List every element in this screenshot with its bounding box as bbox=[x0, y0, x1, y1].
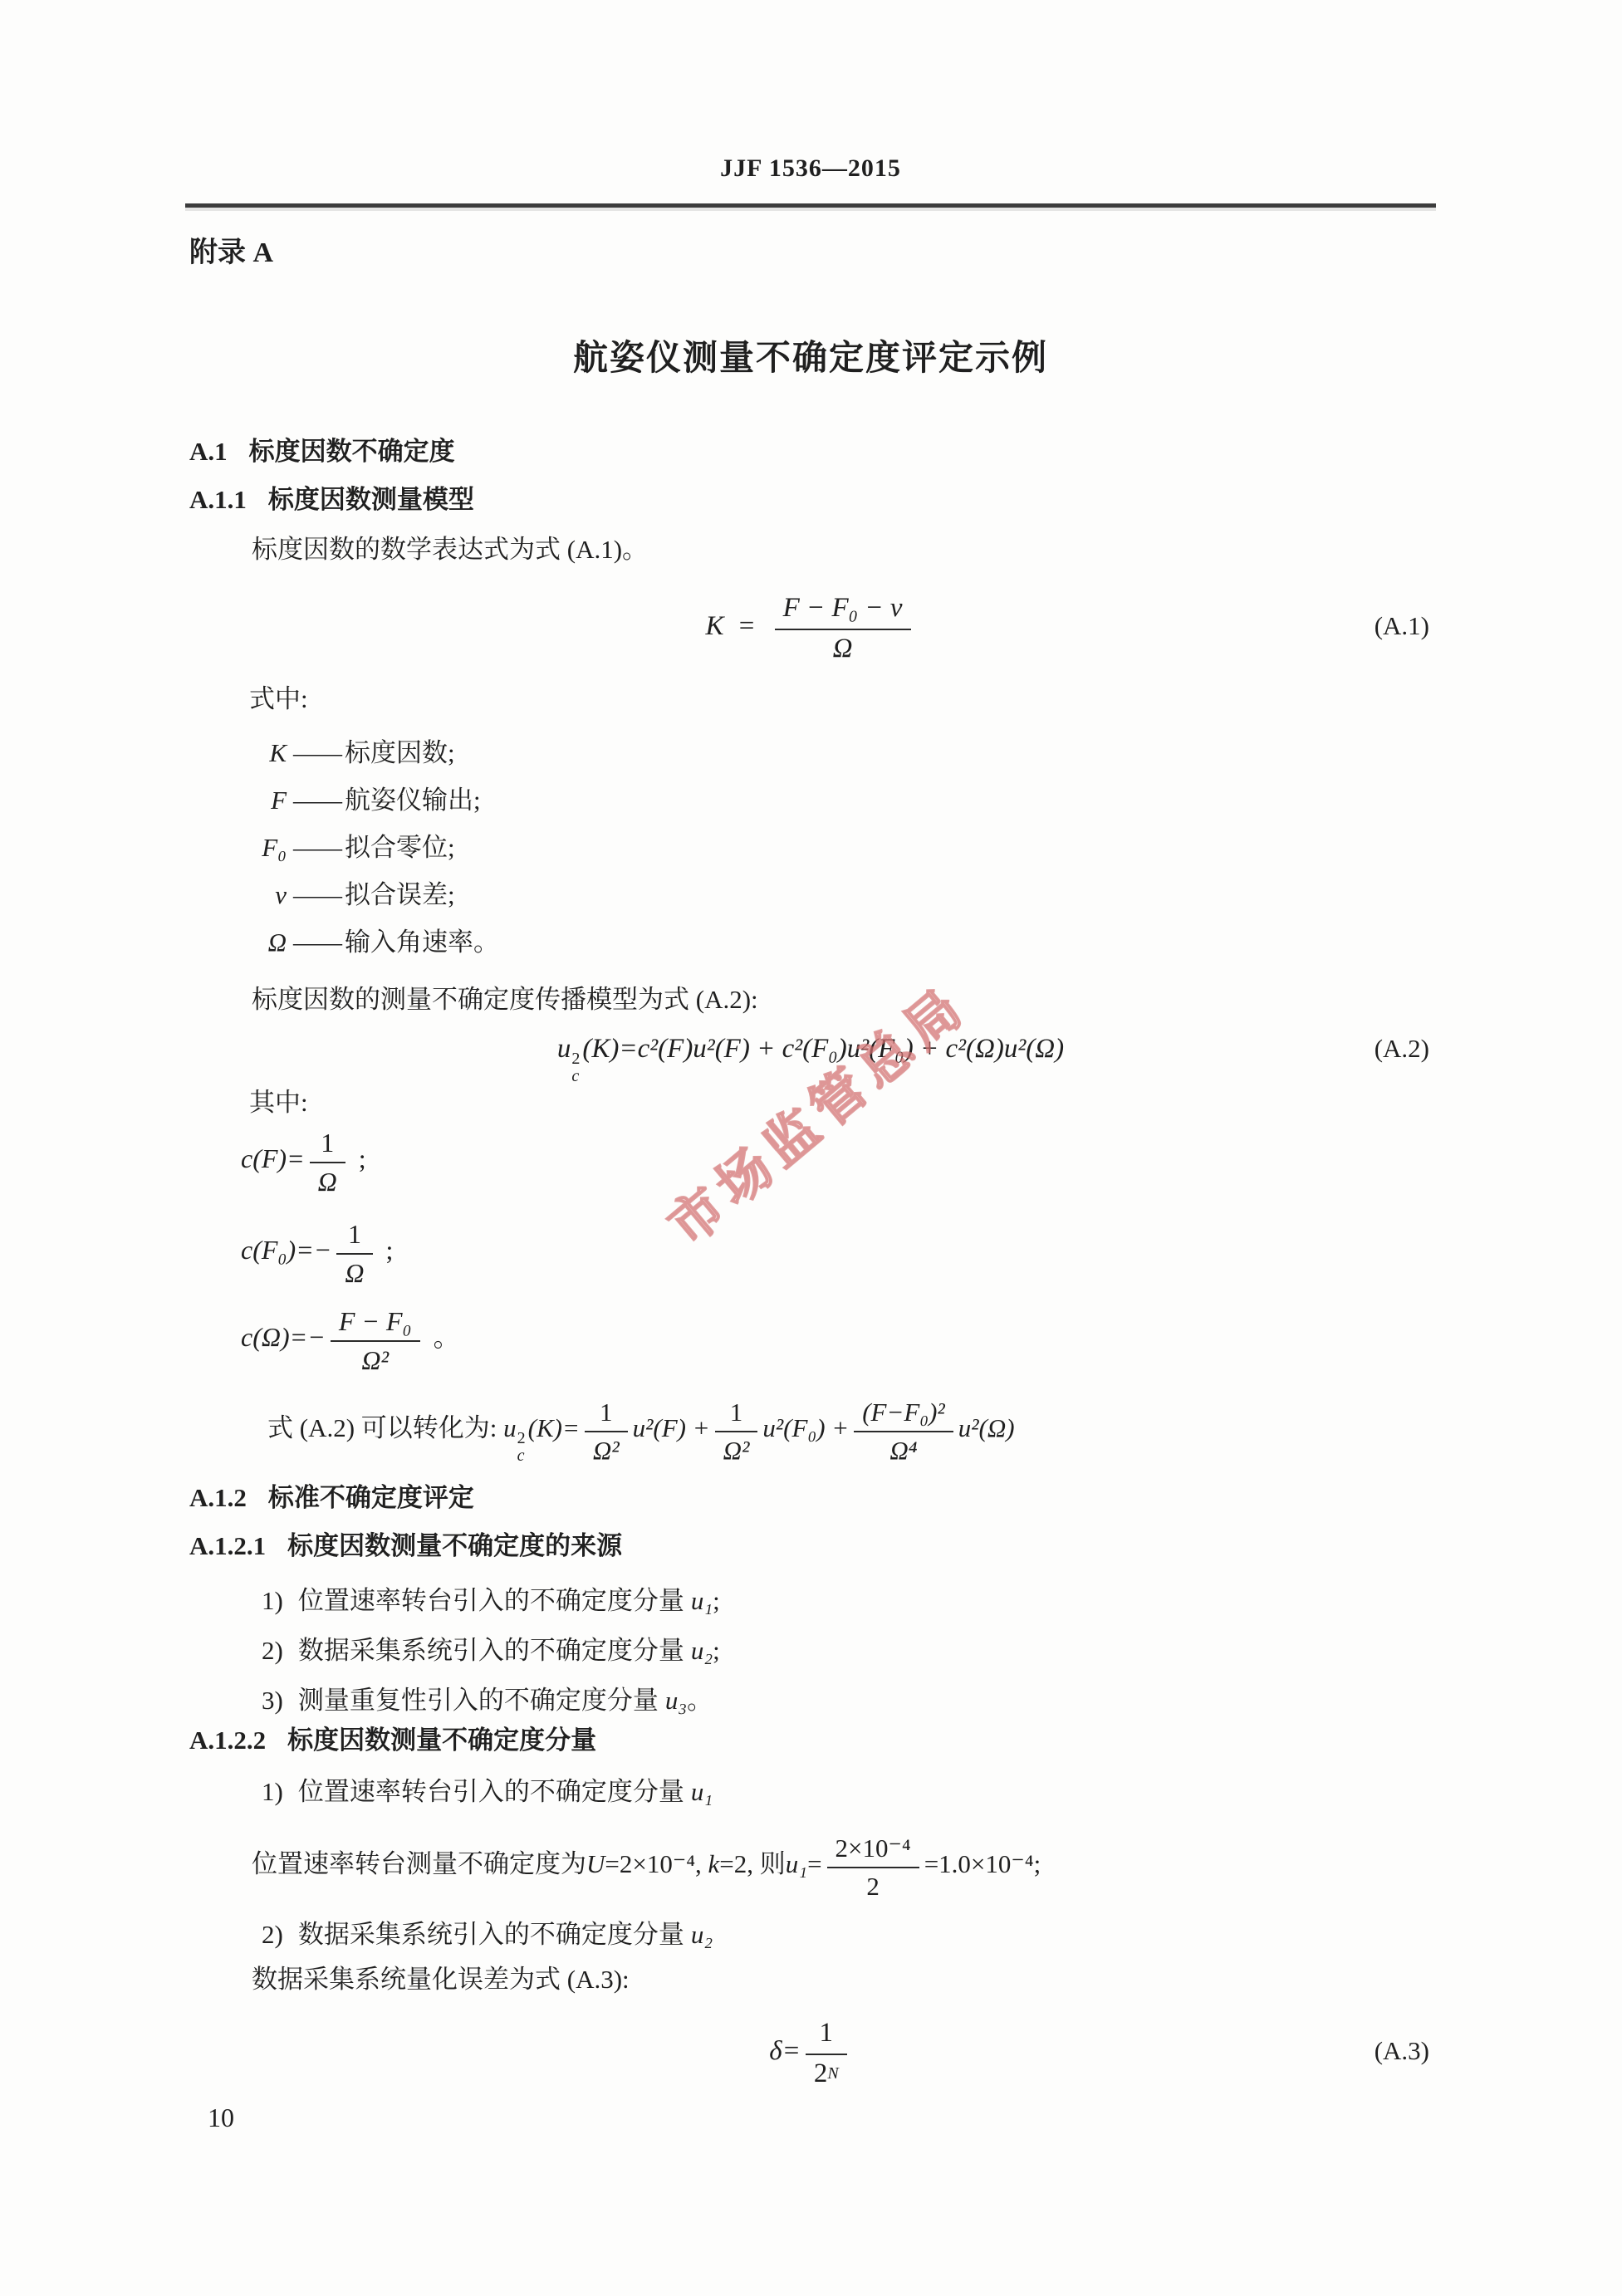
definition-row: K —— 标度因数; bbox=[185, 729, 499, 776]
source-item-1: 1)位置速率转台引入的不确定度分量u₁; bbox=[262, 1583, 720, 1619]
section-title: 标准不确定度评定 bbox=[268, 1483, 474, 1512]
calc-prefix: 位置速率转台测量不确定度为 bbox=[252, 1849, 586, 1878]
coef-cf-lhs: c(F)= bbox=[241, 1143, 305, 1173]
section-title: 标度因数测量不确定度分量 bbox=[287, 1726, 596, 1755]
eq-a1-fraction: F − F₀ − v Ω bbox=[775, 590, 911, 665]
coef-cf-tail: ; bbox=[359, 1143, 366, 1173]
calc-frac-num: 2×10⁻⁴ bbox=[827, 1831, 919, 1868]
transform-term3: u²(Ω) bbox=[958, 1413, 1015, 1442]
item-text: 位置速率转台引入的不确定度分量 bbox=[298, 1777, 684, 1806]
eq-a1-label: (A.1) bbox=[1375, 611, 1429, 641]
definition-description: 标度因数; bbox=[345, 729, 455, 776]
transform-frac1-den: Ω² bbox=[585, 1432, 628, 1466]
section-heading-a12: A.1.2标准不确定度评定 bbox=[189, 1480, 474, 1516]
coef-cf-fraction: 1Ω bbox=[310, 1125, 345, 1198]
definition-description: 拟合零位; bbox=[345, 824, 455, 871]
item-number: 1) bbox=[262, 1777, 283, 1806]
symbol-definitions: K —— 标度因数; F —— 航姿仪输出; F₀ —— 拟合零位; v —— … bbox=[185, 729, 499, 966]
transform-frac1: 1Ω² bbox=[585, 1395, 628, 1466]
transform-supsub: 2c bbox=[517, 1430, 526, 1465]
item-text: 数据采集系统引入的不确定度分量 bbox=[298, 1920, 684, 1949]
calc-u1: u₁ bbox=[786, 1849, 807, 1878]
definition-description: 拟合误差; bbox=[345, 871, 455, 918]
item-symbol: u₁ bbox=[691, 1586, 713, 1615]
coef-cf-numerator: 1 bbox=[310, 1125, 345, 1163]
section-heading-a11: A.1.1标度因数测量模型 bbox=[189, 482, 474, 518]
eq-a3-lhs: δ= bbox=[769, 2036, 801, 2066]
item-symbol: u₂ bbox=[691, 1920, 713, 1949]
eq-a2-sup: 2 bbox=[571, 1050, 580, 1068]
item-number: 2) bbox=[262, 1636, 283, 1665]
definition-row: Ω —— 输入角速率。 bbox=[185, 918, 499, 966]
transform-term1: u²(F) + bbox=[633, 1413, 710, 1442]
coef-cf0-numerator: 1 bbox=[336, 1217, 372, 1255]
page-number: 10 bbox=[208, 2103, 234, 2133]
header-rule bbox=[185, 203, 1436, 208]
transform-frac3: (F−F₀)²Ω⁴ bbox=[854, 1395, 953, 1466]
coef-cf0-tail: ; bbox=[386, 1235, 394, 1265]
source-item-3: 3)测量重复性引入的不确定度分量u₃。 bbox=[262, 1682, 713, 1719]
calc-equals: = bbox=[807, 1849, 821, 1878]
eq-a1-equals: = bbox=[739, 611, 755, 641]
definition-row: F₀ —— 拟合零位; bbox=[185, 824, 499, 871]
section-title: 标度因数测量不确定度的来源 bbox=[287, 1531, 622, 1560]
item-text: 数据采集系统引入的不确定度分量 bbox=[298, 1636, 684, 1665]
eq-a1-lhs: K bbox=[705, 611, 723, 641]
coef-cf0-denominator: Ω bbox=[336, 1255, 372, 1289]
eq-a3-numerator: 1 bbox=[806, 2015, 847, 2055]
transform-frac3-den: Ω⁴ bbox=[854, 1432, 953, 1466]
transform-frac2: 1Ω² bbox=[715, 1395, 758, 1466]
component-item-2: 2)数据采集系统引入的不确定度分量u₂ bbox=[262, 1917, 713, 1953]
item-number: 3) bbox=[262, 1686, 283, 1715]
eq-a3-fraction: 12N bbox=[806, 2015, 847, 2090]
coefficient-cf0: c(F₀)=−1Ω; bbox=[241, 1214, 393, 1285]
transform-frac3-num: (F−F₀)² bbox=[854, 1395, 953, 1432]
item-text: 位置速率转台引入的不确定度分量 bbox=[298, 1586, 684, 1615]
definition-row: F —— 航姿仪输出; bbox=[185, 776, 499, 824]
transform-frac2-num: 1 bbox=[715, 1395, 758, 1432]
transform-u: u bbox=[503, 1413, 517, 1442]
transform-prefix: 式 (A.2) 可以转化为: bbox=[267, 1413, 497, 1442]
section-title: 标度因数不确定度 bbox=[249, 437, 455, 466]
item-tail: ; bbox=[713, 1586, 720, 1615]
eq-a3-den-exp: N bbox=[827, 2064, 838, 2083]
calc-frac-den: 2 bbox=[827, 1868, 919, 1902]
paragraph-where: 式中: bbox=[249, 681, 308, 717]
eq-a2-rhs: c²(F)u²(F) + c²(F₀)u²(F₀) + c²(Ω)u²(Ω) bbox=[638, 1034, 1065, 1064]
transform-sup: 2 bbox=[517, 1430, 526, 1447]
calc-k-var: k bbox=[708, 1849, 720, 1878]
item-symbol: u₂ bbox=[691, 1636, 713, 1665]
eq-a1-numerator: F − F₀ − v bbox=[775, 590, 911, 630]
section-heading-a122: A.1.2.2标度因数测量不确定度分量 bbox=[189, 1722, 596, 1759]
coefficient-comega: c(Ω)=−F − F₀Ω²。 bbox=[241, 1301, 460, 1373]
equation-transform: 式 (A.2) 可以转化为: u2c(K)=1Ω²u²(F) +1Ω²u²(F₀… bbox=[267, 1388, 1015, 1468]
definition-row: v —— 拟合误差; bbox=[185, 871, 499, 918]
section-title: 标度因数测量模型 bbox=[268, 485, 474, 514]
item-symbol: u₃ bbox=[665, 1686, 687, 1715]
section-number: A.1.1 bbox=[189, 485, 247, 514]
source-item-2: 2)数据采集系统引入的不确定度分量u₂; bbox=[262, 1633, 720, 1669]
eq-a2-supsub: 2c bbox=[571, 1050, 580, 1085]
section-heading-a1: A.1标度因数不确定度 bbox=[189, 433, 455, 470]
coefficient-cf: c(F)=1Ω; bbox=[241, 1123, 366, 1194]
definition-dash: —— bbox=[293, 871, 340, 918]
paragraph-among: 其中: bbox=[249, 1084, 308, 1121]
definition-dash: —— bbox=[293, 824, 340, 871]
calc-u-var: U bbox=[586, 1849, 605, 1878]
item-number: 2) bbox=[262, 1920, 283, 1949]
transform-frac2-den: Ω² bbox=[715, 1432, 758, 1466]
eq-a2-u: u bbox=[557, 1034, 571, 1064]
equation-a3: δ=12N (A.3) bbox=[185, 2011, 1436, 2091]
section-number: A.1 bbox=[189, 437, 228, 466]
eq-a2-lhs-rest: (K)= bbox=[582, 1034, 637, 1064]
definition-symbol: K bbox=[185, 729, 287, 776]
transform-lhs-rest: (K)= bbox=[528, 1413, 580, 1442]
definition-symbol: Ω bbox=[185, 918, 287, 966]
page-title: 航姿仪测量不确定度评定示例 bbox=[185, 330, 1436, 380]
section-number: A.1.2.1 bbox=[189, 1531, 266, 1560]
calc-result: =1.0×10⁻⁴; bbox=[924, 1849, 1041, 1878]
coef-comega-numerator: F − F₀ bbox=[331, 1304, 420, 1342]
eq-a3-denominator: 2N bbox=[806, 2055, 847, 2091]
eq-a3-label: (A.3) bbox=[1375, 2036, 1429, 2066]
calc-k-value: =2, bbox=[719, 1849, 753, 1878]
u1-calculation: 位置速率转台测量不确定度为U=2×10⁻⁴, k=2, 则u₁=2×10⁻⁴2=… bbox=[252, 1824, 1041, 1905]
section-number: A.1.2 bbox=[189, 1483, 247, 1512]
eq-a2-sub: c bbox=[571, 1068, 580, 1085]
definition-dash: —— bbox=[293, 776, 340, 824]
transform-sub: c bbox=[517, 1447, 526, 1465]
item-tail: 。 bbox=[687, 1686, 713, 1715]
calc-then: 则 bbox=[760, 1849, 786, 1878]
item-text: 测量重复性引入的不确定度分量 bbox=[298, 1686, 659, 1715]
definition-symbol: v bbox=[185, 871, 287, 918]
appendix-label: 附录 A bbox=[189, 229, 273, 270]
coef-cf0-fraction: 1Ω bbox=[336, 1217, 372, 1290]
definition-dash: —— bbox=[293, 729, 340, 776]
coef-comega-denominator: Ω² bbox=[331, 1342, 420, 1376]
definition-dash: —— bbox=[293, 918, 340, 966]
coef-comega-tail: 。 bbox=[434, 1322, 460, 1352]
item-tail: ; bbox=[713, 1636, 720, 1665]
definition-description: 输入角速率。 bbox=[345, 918, 499, 966]
paragraph-quantization-intro: 数据采集系统量化误差为式 (A.3): bbox=[252, 1961, 630, 1998]
coef-cf-denominator: Ω bbox=[310, 1163, 345, 1197]
section-heading-a121: A.1.2.1标度因数测量不确定度的来源 bbox=[189, 1528, 622, 1564]
item-symbol: u₁ bbox=[691, 1777, 713, 1806]
item-number: 1) bbox=[262, 1586, 283, 1615]
transform-frac1-num: 1 bbox=[585, 1395, 628, 1432]
component-item-1: 1)位置速率转台引入的不确定度分量u₁ bbox=[262, 1774, 713, 1810]
standard-number-header: JJF 1536—2015 bbox=[185, 154, 1436, 183]
eq-a1-denominator: Ω bbox=[775, 630, 911, 666]
calc-u-value: =2×10⁻⁴, bbox=[605, 1849, 701, 1878]
transform-term2: u²(F₀) + bbox=[762, 1413, 849, 1442]
section-number: A.1.2.2 bbox=[189, 1726, 266, 1755]
calc-fraction: 2×10⁻⁴2 bbox=[827, 1831, 919, 1902]
document-page: JJF 1536—2015 附录 A 航姿仪测量不确定度评定示例 A.1标度因数… bbox=[0, 0, 1622, 2296]
coef-comega-fraction: F − F₀Ω² bbox=[331, 1304, 420, 1377]
equation-a1: K = F − F₀ − v Ω (A.1) bbox=[185, 580, 1436, 673]
eq-a2-label: (A.2) bbox=[1375, 1034, 1429, 1064]
paragraph-expression-intro: 标度因数的数学表达式为式 (A.1)。 bbox=[252, 531, 648, 568]
definition-symbol: F bbox=[185, 776, 287, 824]
paragraph-model-intro: 标度因数的测量不确定度传播模型为式 (A.2): bbox=[252, 982, 758, 1018]
definition-symbol: F₀ bbox=[185, 824, 287, 871]
coef-comega-lhs: c(Ω)=− bbox=[241, 1322, 326, 1352]
definition-description: 航姿仪输出; bbox=[345, 776, 481, 824]
eq-a3-den-base: 2 bbox=[814, 2059, 828, 2088]
coef-cf0-lhs: c(F₀)=− bbox=[241, 1235, 331, 1265]
equation-a2: u2c(K)=c²(F)u²(F) + c²(F₀)u²(F₀) + c²(Ω)… bbox=[185, 1023, 1436, 1075]
